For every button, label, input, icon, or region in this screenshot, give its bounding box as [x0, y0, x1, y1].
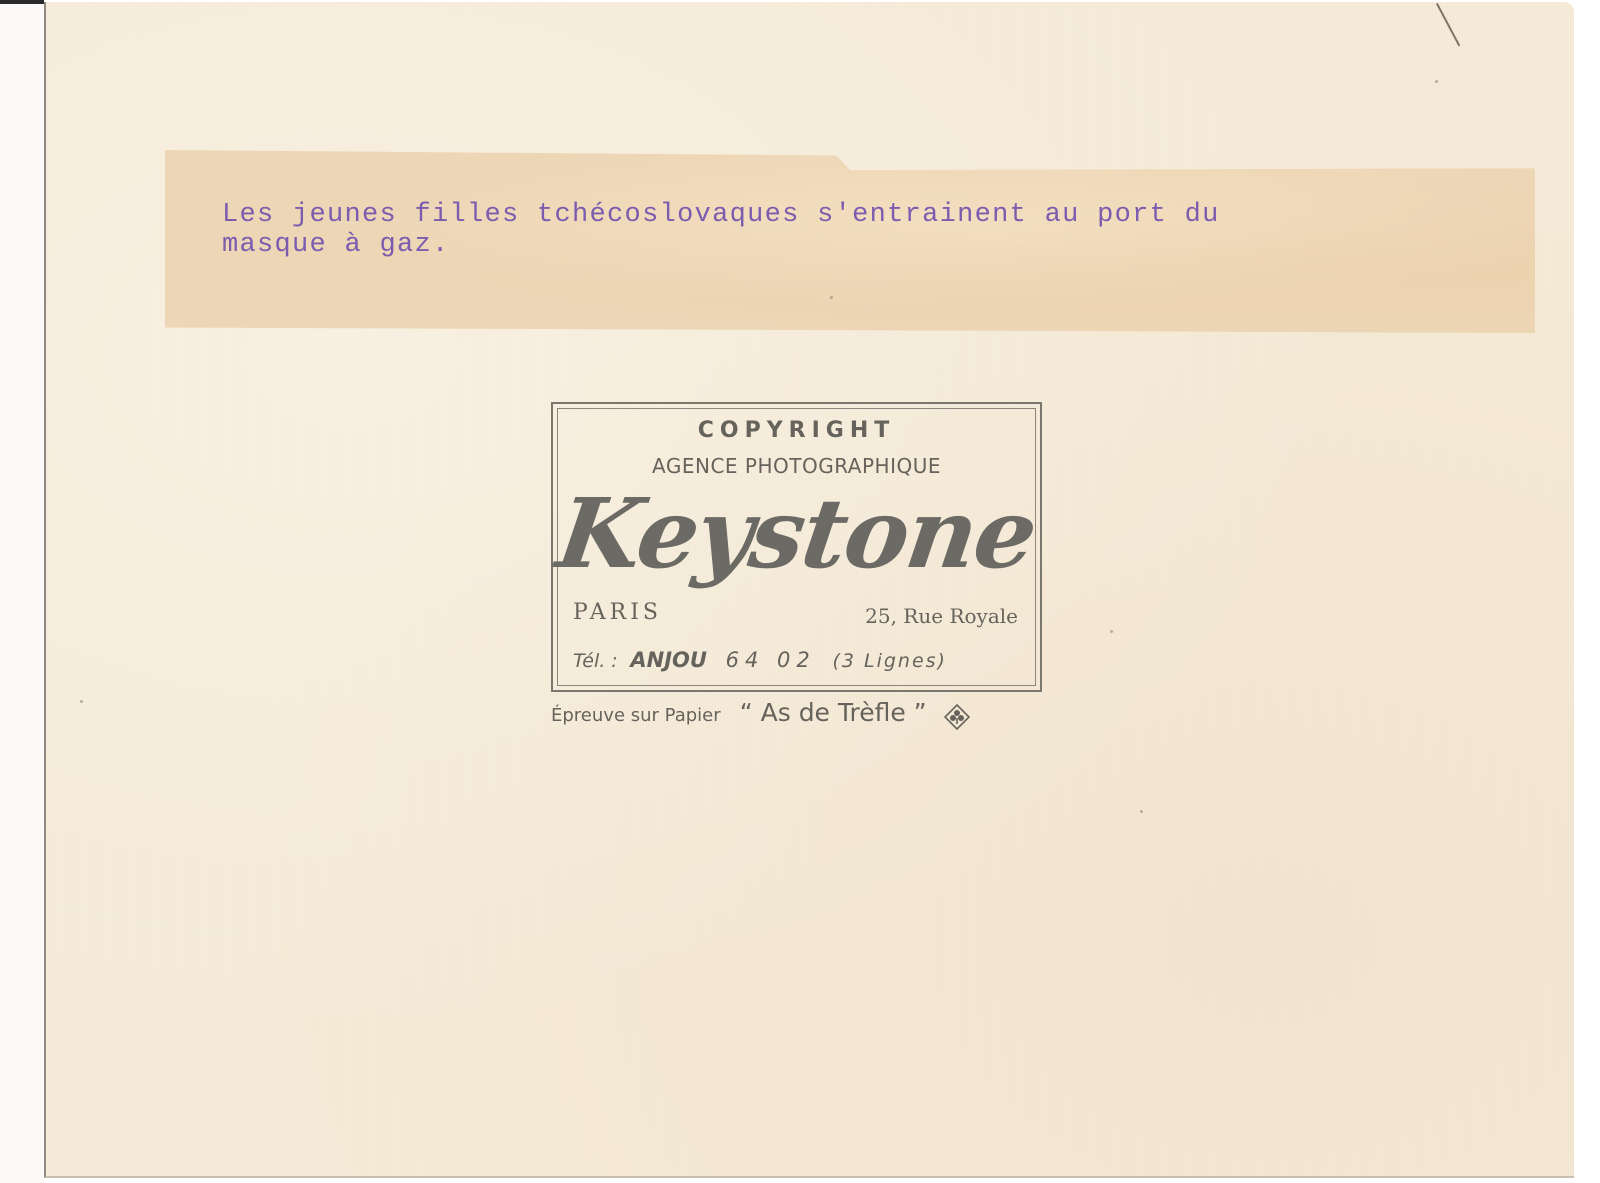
phone-exchange: ANJOU	[630, 648, 707, 672]
paper-speck	[1110, 630, 1113, 633]
scan-edge-line	[0, 0, 44, 4]
stamp-phone: Tél. : ANJOU 64 02 (3 Lignes)	[573, 648, 947, 672]
paper-note-product: “ As de Trèfle ”	[740, 698, 927, 727]
scanned-document: Les jeunes filles tchécoslovaques s'entr…	[0, 0, 1600, 1183]
stamp-city: PARIS	[573, 600, 662, 625]
phone-label: Tél. :	[573, 650, 618, 672]
paper-speck	[1140, 810, 1143, 813]
stamp-address: 25, Rue Royale	[865, 604, 1018, 628]
paper-speck	[830, 296, 833, 299]
stamp-brand-logo: Keystone	[545, 474, 1049, 594]
caption-line-2: masque à gaz.	[222, 230, 450, 260]
paper-speck	[1435, 80, 1438, 83]
phone-lines: (3 Lignes)	[832, 650, 947, 672]
paper-note-prefix: Épreuve sur Papier	[551, 705, 721, 726]
stamp-heading: COPYRIGHT	[553, 418, 1040, 443]
paper-note: Épreuve sur Papier “ As de Trèfle ”	[551, 698, 970, 730]
typed-caption: Les jeunes filles tchécoslovaques s'entr…	[222, 200, 1422, 260]
phone-number: 64 02	[726, 648, 816, 672]
caption-line-1: Les jeunes filles tchécoslovaques s'entr…	[222, 200, 1220, 230]
scan-margin-left	[0, 0, 44, 1183]
clover-diamond-icon	[944, 704, 970, 730]
paper-speck	[80, 700, 83, 703]
copyright-stamp: COPYRIGHT AGENCE PHOTOGRAPHIQUE Keystone…	[551, 402, 1042, 692]
